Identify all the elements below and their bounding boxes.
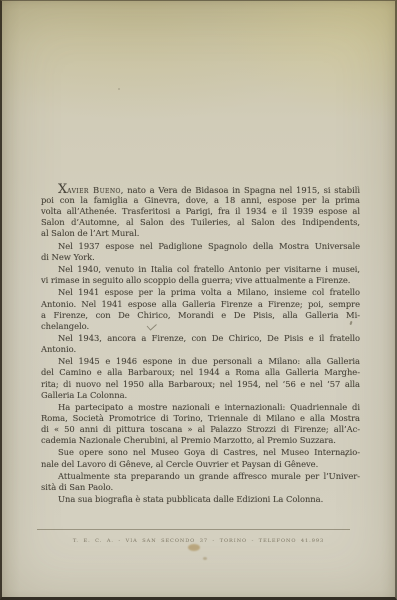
text-line: Una sua biografia è stata pubblicata dal… (41, 494, 360, 505)
paragraph: Una sua biografia è stata pubblicata dal… (41, 494, 360, 505)
text-line: Nel 1937 espose nel Padiglione Spagnolo … (41, 241, 360, 252)
text-line: chelangelo. (41, 321, 360, 332)
text-line: al Salon de l’Art Mural. (41, 228, 360, 239)
lead-small-caps-name: avier Bueno (67, 185, 121, 195)
text-line: Roma, Società Promotrice di Torino, Trie… (41, 413, 360, 424)
paragraph: Nel 1937 espose nel Padiglione Spagnolo … (41, 241, 360, 263)
text-line: Nel 1943, ancora a Firenze, con De Chiri… (41, 333, 360, 344)
paragraph: Nel 1941 espose per la prima volta a Mil… (41, 287, 360, 331)
pencil-check-mark (146, 324, 158, 332)
text-line: Nel 1945 e 1946 espone in due personali … (41, 356, 360, 367)
text-line: di « 50 anni di pittura toscana » al Pal… (41, 424, 360, 435)
scanned-page: Xavier Bueno, nato a Vera de Bidasoa in … (0, 0, 397, 600)
text-line: vi rimase in seguito allo scoppio della … (41, 275, 360, 286)
imprint-line: T. E. C. A. - VIA SAN SECONDO 37 - TORIN… (0, 538, 397, 544)
text-line: rita; di nuovo nel 1950 alla Barbaroux; … (41, 379, 360, 390)
scan-speck (345, 454, 347, 457)
text-line: cademia Nazionale Cherubini, al Premio M… (41, 435, 360, 446)
text-line: di New York. (41, 252, 360, 263)
paragraph: Nel 1945 e 1946 espone in due personali … (41, 356, 360, 400)
stain-mark (188, 544, 200, 551)
text-line: Nel 1941 espose per la prima volta a Mil… (41, 287, 360, 298)
scan-speck (118, 88, 120, 90)
paragraph: Attualmente sta preparando un grande aff… (41, 471, 360, 493)
text-line: sità di San Paolo. (41, 482, 360, 493)
text-line: Xavier Bueno, nato a Vera de Bidasoa in … (41, 184, 360, 195)
text-line: volta all’Athenée. Trasferitosi a Parigi… (41, 206, 360, 217)
text-line: Attualmente sta preparando un grande aff… (41, 471, 360, 482)
footer-rule (37, 529, 350, 530)
paragraph: Nel 1943, ancora a Firenze, con De Chiri… (41, 333, 360, 355)
text-line: Nel 1940, venuto in Italia col fratello … (41, 264, 360, 275)
paragraph: Nel 1940, venuto in Italia col fratello … (41, 264, 360, 286)
text-line: del Camino e alla Barbaroux; nel 1944 a … (41, 367, 360, 378)
paragraph: Xavier Bueno, nato a Vera de Bidasoa in … (41, 184, 360, 239)
text-line: nale del Lavoro di Gêneve, al Cercle Ouv… (41, 459, 360, 470)
paragraph: Sue opere sono nel Museo Goya di Castres… (41, 447, 360, 469)
stain-mark-small (203, 557, 207, 560)
text-line: Galleria La Colonna. (41, 390, 360, 401)
paragraph: Ha partecipato a mostre nazionali e inte… (41, 402, 360, 446)
text-line: Ha partecipato a mostre nazionali e inte… (41, 402, 360, 413)
text-line: a Firenze, con De Chirico, Morandi e De … (41, 310, 360, 321)
text-line: Antonio. (41, 344, 360, 355)
text-line: Salon d’Automne, al Salon des Tuileries,… (41, 217, 360, 228)
text-block: Xavier Bueno, nato a Vera de Bidasoa in … (41, 184, 360, 505)
text-line: poi con la famiglia a Ginevra, dove, a 1… (41, 195, 360, 206)
text-line: Antonio. Nel 1941 espose alla Galleria F… (41, 299, 360, 310)
text-line: Sue opere sono nel Museo Goya di Castres… (41, 447, 360, 458)
